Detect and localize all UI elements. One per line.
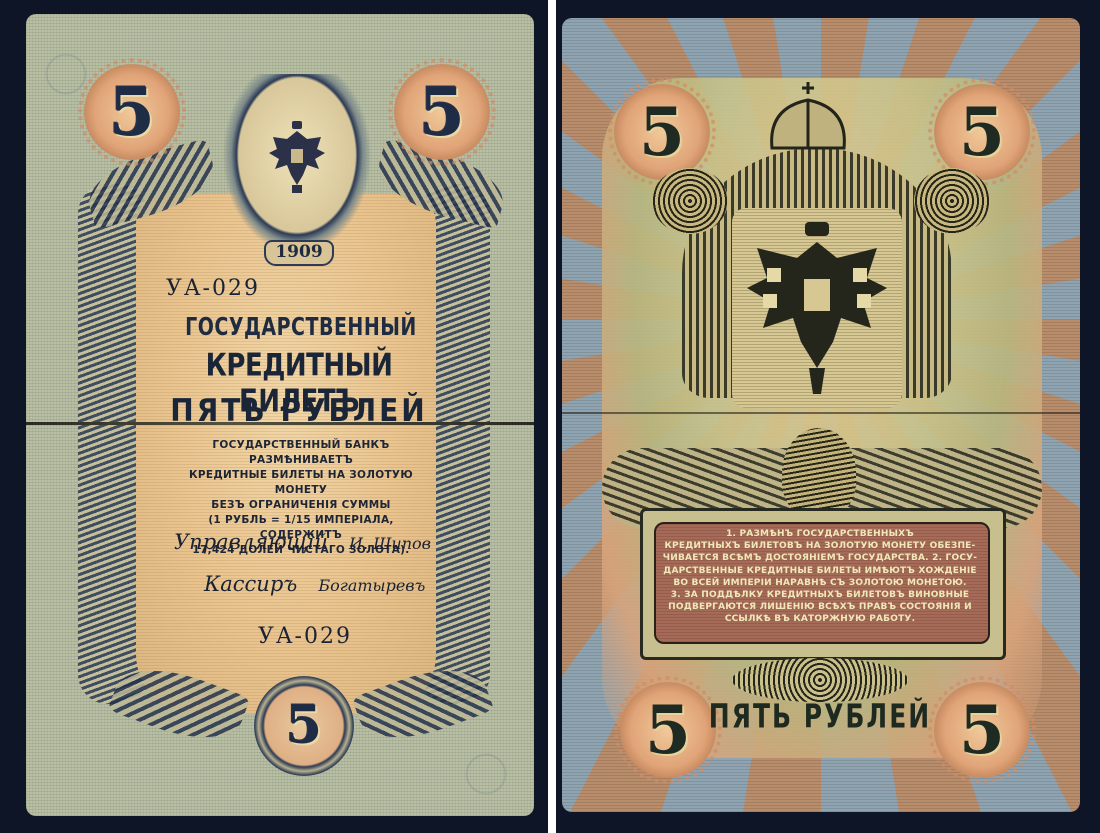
- law-text-line: ПОДВЕРГАЮТСЯ ЛИШЕНІЮ ВСѢХЪ ПРАВЪ СОСТОЯН…: [662, 601, 978, 613]
- manager-label: Управляющій: [174, 530, 328, 554]
- denomination-numeral: 5: [639, 99, 685, 165]
- law-text-line: ДАРСТВЕННЫЕ КРЕДИТНЫЕ БИЛЕТЫ ИМѢЮТЪ ХОЖД…: [662, 565, 978, 577]
- image-separator: [548, 0, 556, 833]
- cap-of-monomakh-right-icon: [914, 168, 990, 234]
- law-text-line: КРЕДИТНЫХЪ БИЛЕТОВЪ НА ЗОЛОТУЮ МОНЕТУ ОБ…: [662, 540, 978, 552]
- denomination-numeral: 5: [959, 99, 1005, 165]
- law-text-line: ЧИВАЕТСЯ ВСѢМЪ ДОСТОЯНІЕМЪ ГОСУДАРСТВА. …: [662, 552, 978, 564]
- denomination-numeral: 5: [286, 700, 322, 752]
- denomination-numeral: 5: [419, 79, 465, 145]
- coat-of-arms-cartouche: [222, 74, 372, 254]
- denomination-rosette-top-left: 5: [84, 64, 180, 160]
- fold-tear: [562, 412, 1080, 414]
- denomination-rosette-top-left: 5: [614, 84, 710, 180]
- imperial-crown-icon: [758, 78, 858, 158]
- promise-line: КРЕДИТНЫЕ БИЛЕТЫ НА ЗОЛОТУЮ МОНЕТУ: [166, 468, 436, 498]
- denomination-rosette-bottom-left: 5: [620, 682, 716, 778]
- manager-signature: И. Шипов: [349, 534, 431, 553]
- law-text-line: ВО ВСЕЙ ИМПЕРІИ НАРАВНѢ СЪ ЗОЛОТОЮ МОНЕТ…: [662, 577, 978, 589]
- promise-line: БЕЗЪ ОГРАНИЧЕНІЯ СУММЫ: [166, 498, 436, 513]
- fold-tear: [26, 422, 534, 425]
- scroll-ornament-icon: [732, 658, 908, 702]
- cashier-signature: Богатыревъ: [318, 576, 425, 595]
- law-text-line: 1. РАЗМѢНЪ ГОСУДАРСТВЕННЫХЪ: [662, 528, 978, 540]
- serial-number-top: УА-029: [166, 276, 260, 301]
- denomination-rosette-top-right: 5: [394, 64, 490, 160]
- double-headed-eagle-icon: [262, 114, 332, 204]
- issue-year: 1909: [264, 240, 334, 266]
- denomination-numeral: 5: [109, 79, 155, 145]
- banknote-back: 5 5: [562, 18, 1080, 812]
- cap-of-monomakh-left-icon: [652, 168, 728, 234]
- denomination-numeral: 5: [645, 697, 691, 763]
- manager-signature-row: Управляющій И. Шипов: [174, 530, 431, 554]
- denomination-text: ПЯТЬ РУБЛЕЙ: [704, 698, 936, 736]
- cashier-label: Кассиръ: [204, 572, 297, 596]
- law-text: 1. РАЗМѢНЪ ГОСУДАРСТВЕННЫХЪ КРЕДИТНЫХЪ Б…: [662, 528, 978, 626]
- title-state: ГОСУДАРСТВЕННЫЙ: [176, 313, 426, 342]
- denomination-rosette-bottom-right: 5: [934, 682, 1030, 778]
- law-text-line: 3. ЗА ПОДДѢЛКУ КРЕДИТНЫХЪ БИЛЕТОВЪ ВИНОВ…: [662, 589, 978, 601]
- banknote-front: 5 5 1909 УА-029 ГОСУДАРСТВЕННЫЙ КРЕДИТНЫ…: [26, 14, 534, 816]
- cashier-signature-row: Кассиръ Богатыревъ: [204, 572, 425, 596]
- serial-number-bottom: УА-029: [258, 624, 352, 649]
- double-headed-eagle-icon: [737, 218, 897, 408]
- denomination-numeral: 5: [959, 697, 1005, 763]
- lion-mask-icon: [782, 428, 856, 518]
- promise-line: ГОСУДАРСТВЕННЫЙ БАНКЪ РАЗМѢНИВАЕТЪ: [166, 438, 436, 468]
- denomination-medallion-bottom: 5: [254, 676, 354, 776]
- denomination-rosette-top-right: 5: [934, 84, 1030, 180]
- law-text-line: ССЫЛКѢ ВЪ КАТОРЖНУЮ РАБОТУ.: [662, 613, 978, 625]
